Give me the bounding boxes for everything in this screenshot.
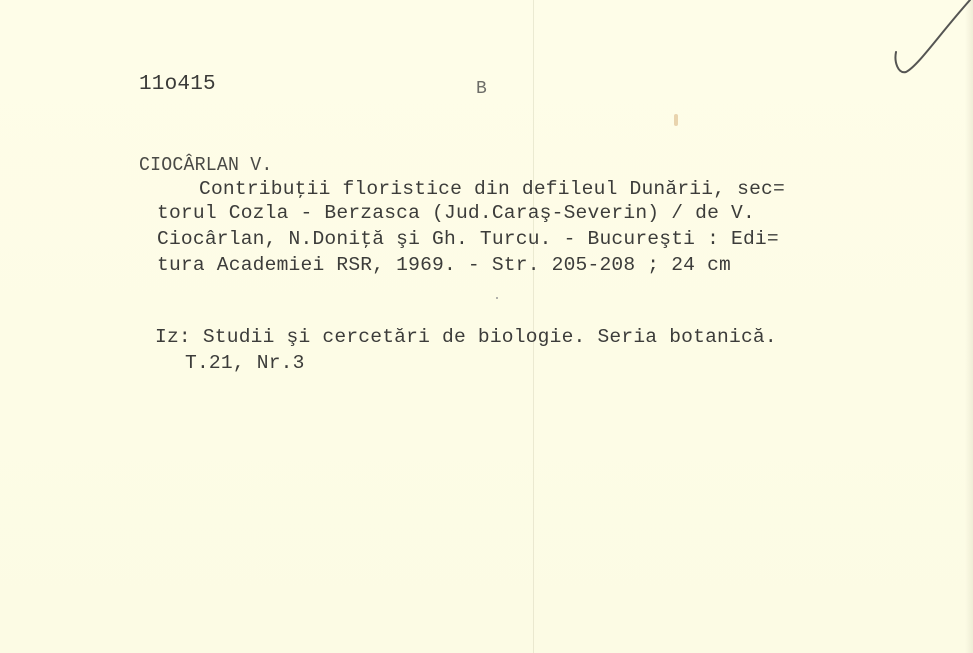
- source-line: T.21, Nr.3: [185, 354, 305, 374]
- bibliographic-line: Contribuţii floristice din defileul Dună…: [199, 180, 785, 200]
- bibliographic-line: Ciocârlan, N.Doniţă şi Gh. Turcu. - Bucu…: [157, 230, 779, 250]
- paper-stain: [674, 114, 678, 126]
- checkmark-icon: [888, 0, 973, 80]
- catalog-card: 11o415 B CIOCÂRLAN V. Contribuţii floris…: [0, 0, 973, 653]
- paper-speck: [496, 297, 498, 299]
- source-line: Iz: Studii şi cercetări de biologie. Ser…: [155, 328, 777, 348]
- location-mark: B: [476, 80, 487, 98]
- accession-number: 11o415: [139, 74, 216, 95]
- bibliographic-line: torul Cozla - Berzasca (Jud.Caraş-Severi…: [157, 204, 755, 224]
- author-heading: CIOCÂRLAN V.: [139, 156, 272, 176]
- card-edge: [965, 0, 973, 653]
- bibliographic-line: tura Academiei RSR, 1969. - Str. 205-208…: [157, 256, 731, 276]
